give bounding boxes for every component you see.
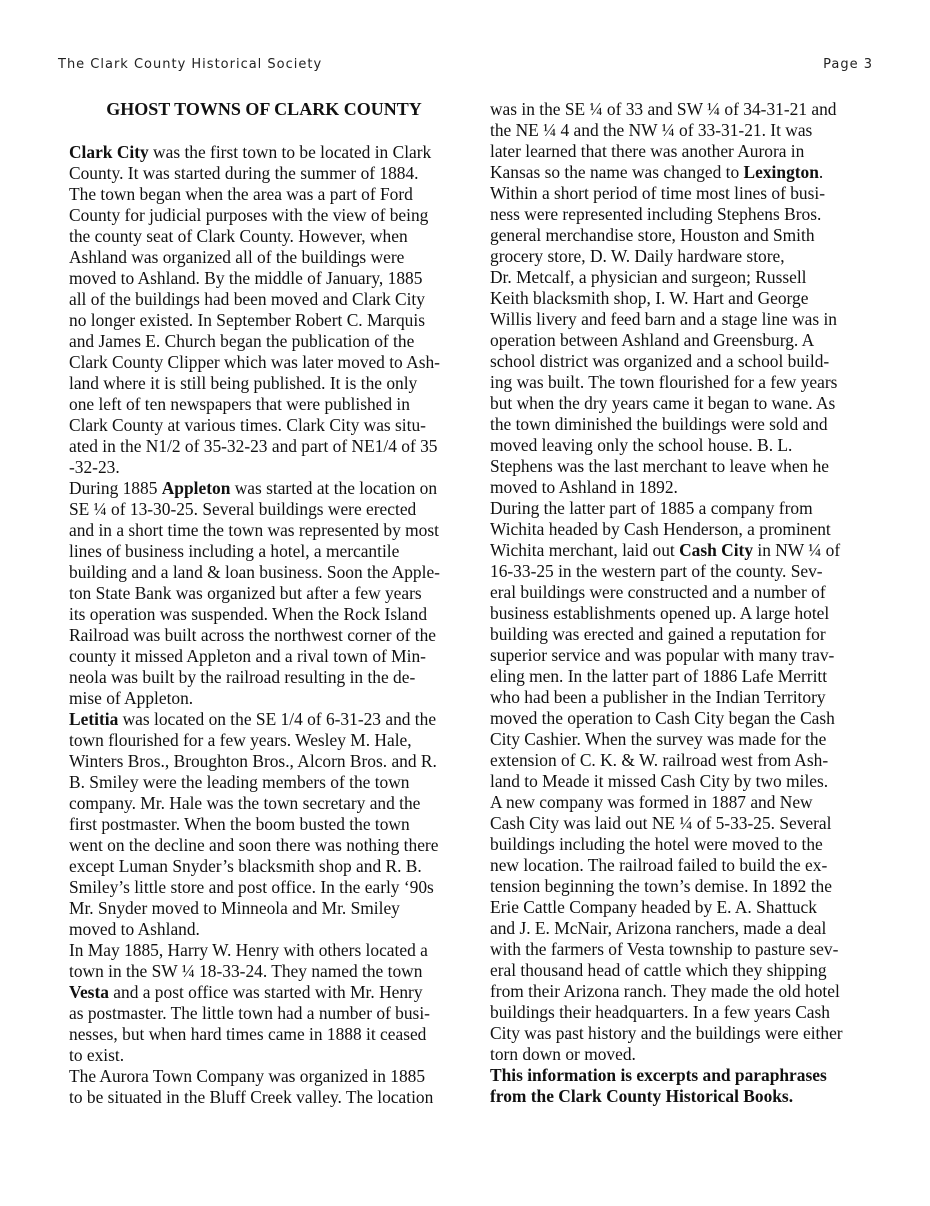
text-run: all of the buildings had been moved and … [69, 289, 425, 309]
text-run: later learned that there was another Aur… [490, 141, 804, 161]
text-run: During the latter part of 1885 a company… [490, 498, 813, 518]
text-line: The town began when the area was a part … [69, 184, 469, 205]
text-run: 16-33-25 in the western part of the coun… [490, 561, 823, 581]
text-run: Winters Bros., Broughton Bros., Alcorn B… [69, 751, 437, 771]
text-run: town flourished for a few years. Wesley … [69, 730, 412, 750]
text-run: was the first town to be located in Clar… [149, 142, 432, 162]
text-line: eral buildings were constructed and a nu… [490, 582, 880, 603]
text-line: but when the dry years came it began to … [490, 393, 880, 414]
text-run: Smiley’s little store and post office. I… [69, 877, 434, 897]
text-line: was in the SE ¼ of 33 and SW ¼ of 34-31-… [490, 99, 880, 120]
text-line: In May 1885, Harry W. Henry with others … [69, 940, 469, 961]
text-line: town in the SW ¼ 18-33-24. They named th… [69, 961, 469, 982]
text-line: to be situated in the Bluff Creek valley… [69, 1087, 469, 1108]
text-run: building and a land & loan business. Soo… [69, 562, 440, 582]
text-run: buildings including the hotel were moved… [490, 834, 823, 854]
text-line: 16-33-25 in the western part of the coun… [490, 561, 880, 582]
text-line: operation between Ashland and Greensburg… [490, 330, 880, 351]
text-run: County for judicial purposes with the vi… [69, 205, 428, 225]
text-line: and in a short time the town was represe… [69, 520, 469, 541]
text-run: to be situated in the Bluff Creek valley… [69, 1087, 433, 1107]
text-run: Wichita headed by Cash Henderson, a prom… [490, 519, 831, 539]
text-run: who had been a publisher in the Indian T… [490, 687, 826, 707]
bold-text: This information is excerpts and paraphr… [490, 1065, 827, 1085]
text-run: went on the decline and soon there was n… [69, 835, 438, 855]
text-run: Clark County at various times. Clark Cit… [69, 415, 426, 435]
text-line: SE ¼ of 13-30-25. Several buildings were… [69, 499, 469, 520]
text-line: school district was organized and a scho… [490, 351, 880, 372]
text-run: moved to Ashland. [69, 919, 200, 939]
text-run: County. It was started during the summer… [69, 163, 419, 183]
text-run: business establishments opened up. A lar… [490, 603, 829, 623]
text-run: to exist. [69, 1045, 124, 1065]
text-run: land to Meade it missed Cash City by two… [490, 771, 828, 791]
text-run: B. Smiley were the leading members of th… [69, 772, 410, 792]
text-run: its operation was suspended. When the Ro… [69, 604, 427, 624]
text-line: mise of Appleton. [69, 688, 469, 709]
text-run: -32-23. [69, 457, 120, 477]
text-line: land where it is still being published. … [69, 373, 469, 394]
text-line: torn down or moved. [490, 1044, 880, 1065]
text-run: the NE ¼ 4 and the NW ¼ of 33-31-21. It … [490, 120, 812, 140]
text-run: Dr. Metcalf, a physician and surgeon; Ru… [490, 267, 807, 287]
text-line: City Cashier. When the survey was made f… [490, 729, 880, 750]
text-run: City Cashier. When the survey was made f… [490, 729, 826, 749]
text-line: This information is excerpts and paraphr… [490, 1065, 880, 1086]
text-run: new location. The railroad failed to bui… [490, 855, 827, 875]
text-line: Stephens was the last merchant to leave … [490, 456, 880, 477]
text-run: moved to Ashland. By the middle of Janua… [69, 268, 422, 288]
text-line: lines of business including a hotel, a m… [69, 541, 469, 562]
text-line: went on the decline and soon there was n… [69, 835, 469, 856]
text-line: Within a short period of time most lines… [490, 183, 880, 204]
text-line: Wichita merchant, laid out Cash City in … [490, 540, 880, 561]
text-run: moved leaving only the school house. B. … [490, 435, 792, 455]
bold-text: Letitia [69, 709, 118, 729]
text-line: who had been a publisher in the Indian T… [490, 687, 880, 708]
text-run: lines of business including a hotel, a m… [69, 541, 399, 561]
text-run: was located on the SE 1/4 of 6-31-23 and… [118, 709, 436, 729]
text-run: nesses, but when hard times came in 1888… [69, 1024, 426, 1044]
bold-text: Vesta [69, 982, 109, 1002]
text-run: neola was built by the railroad resultin… [69, 667, 415, 687]
text-line: B. Smiley were the leading members of th… [69, 772, 469, 793]
text-line: town flourished for a few years. Wesley … [69, 730, 469, 751]
text-run: and James E. Church began the publicatio… [69, 331, 414, 351]
text-line: Vesta and a post office was started with… [69, 982, 469, 1003]
text-run: operation between Ashland and Greensburg… [490, 330, 814, 350]
text-line: one left of ten newspapers that were pub… [69, 394, 469, 415]
text-run: ness were represented including Stephens… [490, 204, 821, 224]
text-run: A new company was formed in 1887 and New [490, 792, 813, 812]
bold-text: Cash City [679, 540, 753, 560]
text-line: Mr. Snyder moved to Minneola and Mr. Smi… [69, 898, 469, 919]
text-line: grocery store, D. W. Daily hardware stor… [490, 246, 880, 267]
text-run: grocery store, D. W. Daily hardware stor… [490, 246, 785, 266]
text-line: moved leaving only the school house. B. … [490, 435, 880, 456]
text-run: Erie Cattle Company headed by E. A. Shat… [490, 897, 817, 917]
text-run: tension beginning the town’s demise. In … [490, 876, 832, 896]
article-title: GHOST TOWNS OF CLARK COUNTY [69, 99, 459, 120]
text-line: Cash City was laid out NE ¼ of 5-33-25. … [490, 813, 880, 834]
text-run: but when the dry years came it began to … [490, 393, 835, 413]
text-line: ated in the N1/2 of 35-32-23 and part of… [69, 436, 469, 457]
text-line: During 1885 Appleton was started at the … [69, 478, 469, 499]
text-run: building was erected and gained a reputa… [490, 624, 826, 644]
text-line: Winters Bros., Broughton Bros., Alcorn B… [69, 751, 469, 772]
text-run: town in the SW ¼ 18-33-24. They named th… [69, 961, 422, 981]
text-run: ing was built. The town flourished for a… [490, 372, 837, 392]
text-run: no longer existed. In September Robert C… [69, 310, 425, 330]
text-line: buildings their headquarters. In a few y… [490, 1002, 880, 1023]
text-run: general merchandise store, Houston and S… [490, 225, 815, 245]
text-run: and J. E. McNair, Arizona ranchers, made… [490, 918, 826, 938]
text-line: Letitia was located on the SE 1/4 of 6-3… [69, 709, 469, 730]
text-line: building and a land & loan business. Soo… [69, 562, 469, 583]
text-run: superior service and was popular with ma… [490, 645, 834, 665]
text-line: tension beginning the town’s demise. In … [490, 876, 880, 897]
text-line: with the farmers of Vesta township to pa… [490, 939, 880, 960]
text-line: ing was built. The town flourished for a… [490, 372, 880, 393]
text-line: A new company was formed in 1887 and New [490, 792, 880, 813]
text-run: Ashland was organized all of the buildin… [69, 247, 404, 267]
text-line: the county seat of Clark County. However… [69, 226, 469, 247]
text-line: County. It was started during the summer… [69, 163, 469, 184]
bold-text: Lexington [744, 162, 819, 182]
text-run: Mr. Snyder moved to Minneola and Mr. Smi… [69, 898, 400, 918]
text-run: eral thousand head of cattle which they … [490, 960, 827, 980]
text-line: the town diminished the buildings were s… [490, 414, 880, 435]
text-run: company. Mr. Hale was the town secretary… [69, 793, 420, 813]
text-line: ton State Bank was organized but after a… [69, 583, 469, 604]
text-run: the town diminished the buildings were s… [490, 414, 828, 434]
text-run: was in the SE ¼ of 33 and SW ¼ of 34-31-… [490, 99, 836, 119]
text-run: and a post office was started with Mr. H… [109, 982, 423, 1002]
text-run: buildings their headquarters. In a few y… [490, 1002, 830, 1022]
text-line: extension of C. K. & W. railroad west fr… [490, 750, 880, 771]
text-line: moved to Ashland in 1892. [490, 477, 880, 498]
text-run: in NW ¼ of [753, 540, 840, 560]
text-run: school district was organized and a scho… [490, 351, 829, 371]
text-line: Smiley’s little store and post office. I… [69, 877, 469, 898]
text-run: During 1885 [69, 478, 162, 498]
text-line: moved the operation to Cash City began t… [490, 708, 880, 729]
text-line: its operation was suspended. When the Ro… [69, 604, 469, 625]
text-line: Railroad was built across the northwest … [69, 625, 469, 646]
text-run: Willis livery and feed barn and a stage … [490, 309, 837, 329]
text-run: as postmaster. The little town had a num… [69, 1003, 430, 1023]
text-line: Clark County Clipper which was later mov… [69, 352, 469, 373]
text-line: and J. E. McNair, Arizona ranchers, made… [490, 918, 880, 939]
text-run: moved the operation to Cash City began t… [490, 708, 835, 728]
text-line: eral thousand head of cattle which they … [490, 960, 880, 981]
text-run: Within a short period of time most lines… [490, 183, 825, 203]
text-run: with the farmers of Vesta township to pa… [490, 939, 838, 959]
article-column-left: Clark City was the first town to be loca… [69, 142, 469, 1108]
text-run: The town began when the area was a part … [69, 184, 413, 204]
text-line: eling men. In the latter part of 1886 La… [490, 666, 880, 687]
text-run: except Luman Snyder’s blacksmith shop an… [69, 856, 422, 876]
text-line: company. Mr. Hale was the town secretary… [69, 793, 469, 814]
text-run: torn down or moved. [490, 1044, 636, 1064]
text-line: new location. The railroad failed to bui… [490, 855, 880, 876]
text-line: Clark City was the first town to be loca… [69, 142, 469, 163]
text-run: moved to Ashland in 1892. [490, 477, 678, 497]
text-run: county it missed Appleton and a rival to… [69, 646, 426, 666]
text-line: Erie Cattle Company headed by E. A. Shat… [490, 897, 880, 918]
text-line: County for judicial purposes with the vi… [69, 205, 469, 226]
text-line: moved to Ashland. By the middle of Janua… [69, 268, 469, 289]
text-line: Clark County at various times. Clark Cit… [69, 415, 469, 436]
text-line: moved to Ashland. [69, 919, 469, 940]
text-run: Kansas so the name was changed to [490, 162, 744, 182]
text-line: nesses, but when hard times came in 1888… [69, 1024, 469, 1045]
text-run: SE ¼ of 13-30-25. Several buildings were… [69, 499, 416, 519]
bold-text: from the Clark County Historical Books. [490, 1086, 793, 1106]
text-line: the NE ¼ 4 and the NW ¼ of 33-31-21. It … [490, 120, 880, 141]
text-line: all of the buildings had been moved and … [69, 289, 469, 310]
text-run: mise of Appleton. [69, 688, 193, 708]
text-run: Wichita merchant, laid out [490, 540, 679, 560]
bold-text: Appleton [162, 478, 231, 498]
text-run: Cash City was laid out NE ¼ of 5-33-25. … [490, 813, 831, 833]
text-run: Railroad was built across the northwest … [69, 625, 436, 645]
text-line: land to Meade it missed Cash City by two… [490, 771, 880, 792]
text-line: building was erected and gained a reputa… [490, 624, 880, 645]
text-line: City was past history and the buildings … [490, 1023, 880, 1044]
text-run: . [819, 162, 823, 182]
text-line: from the Clark County Historical Books. [490, 1086, 880, 1107]
text-run: extension of C. K. & W. railroad west fr… [490, 750, 828, 770]
text-line: neola was built by the railroad resultin… [69, 667, 469, 688]
bold-text: Clark City [69, 142, 149, 162]
text-run: was started at the location on [230, 478, 437, 498]
text-line: superior service and was popular with ma… [490, 645, 880, 666]
text-run: land where it is still being published. … [69, 373, 417, 393]
text-run: eral buildings were constructed and a nu… [490, 582, 826, 602]
text-line: Kansas so the name was changed to Lexing… [490, 162, 880, 183]
text-line: first postmaster. When the boom busted t… [69, 814, 469, 835]
text-run: In May 1885, Harry W. Henry with others … [69, 940, 428, 960]
text-line: Willis livery and feed barn and a stage … [490, 309, 880, 330]
page-number: Page 3 [823, 57, 873, 72]
text-run: ated in the N1/2 of 35-32-23 and part of… [69, 436, 438, 456]
text-run: The Aurora Town Company was organized in… [69, 1066, 425, 1086]
text-line: as postmaster. The little town had a num… [69, 1003, 469, 1024]
text-run: eling men. In the latter part of 1886 La… [490, 666, 827, 686]
text-line: except Luman Snyder’s blacksmith shop an… [69, 856, 469, 877]
text-line: The Aurora Town Company was organized in… [69, 1066, 469, 1087]
text-line: no longer existed. In September Robert C… [69, 310, 469, 331]
text-line: buildings including the hotel were moved… [490, 834, 880, 855]
text-line: business establishments opened up. A lar… [490, 603, 880, 624]
text-line: Ashland was organized all of the buildin… [69, 247, 469, 268]
text-line: and James E. Church began the publicatio… [69, 331, 469, 352]
text-line: -32-23. [69, 457, 469, 478]
text-line: Dr. Metcalf, a physician and surgeon; Ru… [490, 267, 880, 288]
text-run: ton State Bank was organized but after a… [69, 583, 422, 603]
text-run: one left of ten newspapers that were pub… [69, 394, 410, 414]
text-run: Keith blacksmith shop, I. W. Hart and Ge… [490, 288, 808, 308]
text-run: City was past history and the buildings … [490, 1023, 843, 1043]
text-run: the county seat of Clark County. However… [69, 226, 408, 246]
text-line: general merchandise store, Houston and S… [490, 225, 880, 246]
text-run: Clark County Clipper which was later mov… [69, 352, 440, 372]
text-run: from their Arizona ranch. They made the … [490, 981, 840, 1001]
text-line: Wichita headed by Cash Henderson, a prom… [490, 519, 880, 540]
text-run: Stephens was the last merchant to leave … [490, 456, 829, 476]
text-run: and in a short time the town was represe… [69, 520, 439, 540]
text-line: to exist. [69, 1045, 469, 1066]
text-line: During the latter part of 1885 a company… [490, 498, 880, 519]
publication-name: The Clark County Historical Society [58, 57, 322, 72]
text-line: later learned that there was another Aur… [490, 141, 880, 162]
text-line: from their Arizona ranch. They made the … [490, 981, 880, 1002]
text-line: Keith blacksmith shop, I. W. Hart and Ge… [490, 288, 880, 309]
text-line: ness were represented including Stephens… [490, 204, 880, 225]
text-line: county it missed Appleton and a rival to… [69, 646, 469, 667]
text-run: first postmaster. When the boom busted t… [69, 814, 410, 834]
article-column-right: was in the SE ¼ of 33 and SW ¼ of 34-31-… [490, 99, 880, 1107]
